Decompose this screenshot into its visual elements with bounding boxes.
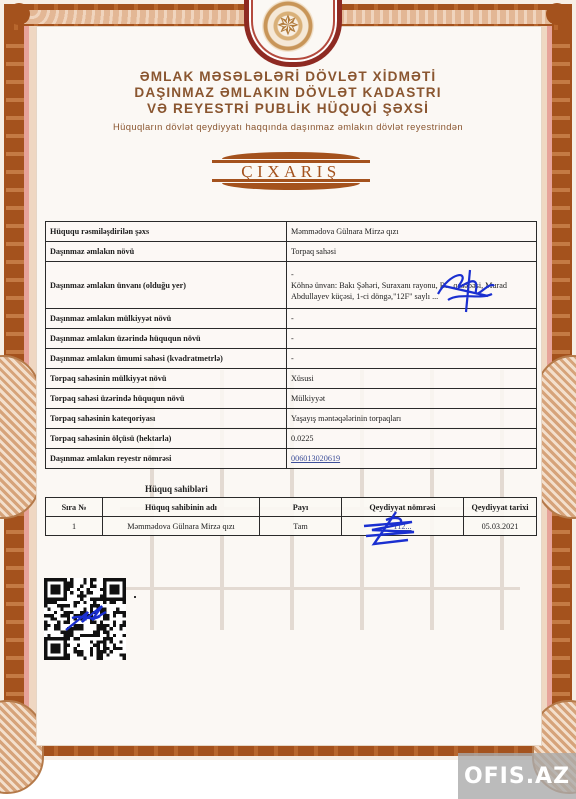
property-details-table: Hüququ rəsmiləşdirilən şəxs Məmmədova Gü… — [45, 221, 537, 469]
banner-rule-bottom — [212, 179, 370, 182]
table-row: Daşınmaz əmlakın reyestr nömrəsi 0060130… — [46, 449, 537, 469]
row-label: Daşınmaz əmlakın üzərində hüququn növü — [46, 329, 287, 349]
owner-reg-date: 05.03.2021 — [464, 517, 537, 536]
row-value: - — [287, 329, 537, 349]
signature-scribble-icon — [62, 600, 110, 634]
row-label: Torpaq sahəsinin kateqoriyası — [46, 409, 287, 429]
signature-scribble-icon — [356, 510, 420, 546]
rosette-ornament-right — [536, 355, 576, 519]
table-row: Hüququ rəsmiləşdirilən şəxs Məmmədova Gü… — [46, 222, 537, 242]
dot-mark — [134, 596, 136, 598]
org-title-line-2: DAŞINMAZ ƏMLAKIN DÖVLƏT KADASTRI — [0, 85, 576, 101]
row-label: Hüququ rəsmiləşdirilən şəxs — [46, 222, 287, 242]
owner-index: 1 — [46, 517, 103, 536]
table-row: Daşınmaz əmlakın ümumi sahəsi (kvadratme… — [46, 349, 537, 369]
row-value: - — [287, 349, 537, 369]
row-label: Daşınmaz əmlakın növü — [46, 242, 287, 262]
column-header: Sıra № — [46, 498, 103, 517]
column-header: Hüquq sahibinin adı — [103, 498, 260, 517]
site-watermark: OFIS.AZ — [458, 753, 576, 799]
column-header: Payı — [260, 498, 342, 517]
row-label: Daşınmaz əmlakın mülkiyyət növü — [46, 309, 287, 329]
table-row: Daşınmaz əmlakın üzərində hüququn növü - — [46, 329, 537, 349]
row-label: Torpaq sahəsinin ölçüsü (hektarla) — [46, 429, 287, 449]
row-label: Daşınmaz əmlakın reyestr nömrəsi — [46, 449, 287, 469]
signature-scribble-icon — [430, 266, 500, 314]
table-row: Torpaq sahəsinin kateqoriyası Yaşayış mə… — [46, 409, 537, 429]
row-value: Mülkiyyət — [287, 389, 537, 409]
org-title-line-3: VƏ REYESTRİ PUBLİK HÜQUQİ ŞƏXSİ — [0, 101, 576, 117]
document-title-banner: ÇIXARIŞ — [212, 150, 370, 192]
certificate-page: ✵ ƏMLAK MƏSƏLƏLƏRİ DÖVLƏT XİDMƏTİ DAŞINM… — [0, 0, 576, 760]
owners-caption: Hüquq sahibləri — [145, 484, 208, 494]
table-row: Torpaq sahəsinin ölçüsü (hektarla) 0.022… — [46, 429, 537, 449]
corner-ornament — [8, 3, 30, 25]
table-row: Torpaq sahəsinin mülkiyyət növü Xüsusi — [46, 369, 537, 389]
state-emblem-icon: ✵ — [262, 0, 314, 52]
column-header: Qeydiyyat tarixi — [464, 498, 537, 517]
row-label: Torpaq sahəsinin mülkiyyət növü — [46, 369, 287, 389]
row-label: Torpaq sahəsi üzərində hüququn növü — [46, 389, 287, 409]
owners-table: Sıra № Hüquq sahibinin adı Payı Qeydiyya… — [45, 497, 537, 536]
row-value: Yaşayış məntəqələrinin torpaqları — [287, 409, 537, 429]
row-value: Torpaq sahəsi — [287, 242, 537, 262]
row-value: 006013020619 — [287, 449, 537, 469]
row-label: Daşınmaz əmlakın ümumi sahəsi (kvadratme… — [46, 349, 287, 369]
row-value: Xüsusi — [287, 369, 537, 389]
owner-share: Tam — [260, 517, 342, 536]
banner-ornament-top — [222, 152, 360, 159]
table-header-row: Sıra № Hüquq sahibinin adı Payı Qeydiyya… — [46, 498, 537, 517]
owner-name: Məmmədova Gülnara Mirzə qızı — [103, 517, 260, 536]
document-subtitle: Hüquqların dövlət qeydiyyatı haqqında da… — [0, 121, 576, 132]
row-value: 0.0225 — [287, 429, 537, 449]
registry-number-link[interactable]: 006013020619 — [291, 454, 340, 463]
table-row: Daşınmaz əmlakın növü Torpaq sahəsi — [46, 242, 537, 262]
table-row: 1 Məmmədova Gülnara Mirzə qızı Tam 112..… — [46, 517, 537, 536]
org-title-line-1: ƏMLAK MƏSƏLƏLƏRİ DÖVLƏT XİDMƏTİ — [0, 69, 576, 85]
table-row: Torpaq sahəsi üzərində hüququn növü Mülk… — [46, 389, 537, 409]
banner-ornament-bottom — [222, 183, 360, 190]
rosette-ornament-left — [0, 355, 40, 519]
corner-ornament — [546, 3, 568, 25]
row-value: Məmmədova Gülnara Mirzə qızı — [287, 222, 537, 242]
row-label: Daşınmaz əmlakın ünvanı (olduğu yer) — [46, 262, 287, 309]
